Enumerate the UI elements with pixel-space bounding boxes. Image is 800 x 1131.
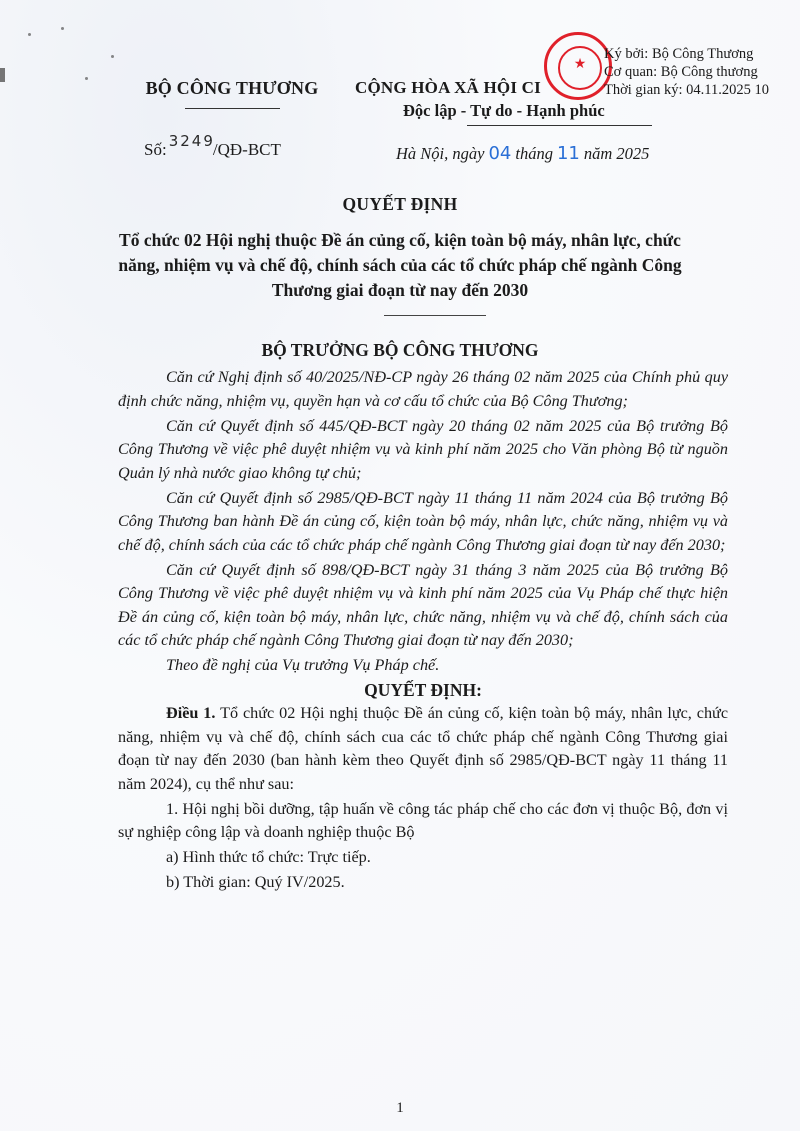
doc-number-prefix: Số: (144, 140, 167, 159)
divider (185, 108, 280, 109)
document-number: Số:3249/QĐ-BCT (144, 140, 281, 160)
month-handwritten: 11 (557, 143, 580, 164)
preamble-clause: Căn cứ Nghị định số 40/2025/NĐ-CP ngày 2… (118, 366, 728, 413)
scan-speck (111, 55, 114, 58)
national-motto: Độc lập - Tự do - Hạnh phúc (403, 101, 725, 121)
article-1-label: Điều 1. (166, 704, 215, 722)
doc-number-handwritten: 3249 (169, 132, 215, 150)
issuing-authority: BỘ TRƯỞNG BỘ CÔNG THƯƠNG (0, 340, 800, 361)
divider (467, 125, 652, 126)
preamble-clause: Căn cứ Quyết định số 898/QĐ-BCT ngày 31 … (118, 559, 728, 653)
star-icon: ★ (560, 57, 600, 71)
document-body: Căn cứ Nghị định số 40/2025/NĐ-CP ngày 2… (118, 366, 728, 896)
place-date-prefix: Hà Nội, ngày (396, 144, 484, 163)
digital-signature-info: Ký bởi: Bộ Công Thương Cơ quan: Bộ Công … (604, 45, 769, 99)
issuing-agency: BỘ CÔNG THƯƠNG (132, 78, 332, 99)
preamble-clause: Căn cứ Quyết định số 2985/QĐ-BCT ngày 11… (118, 487, 728, 558)
article-1-item-1: 1. Hội nghị bồi dưỡng, tập huấn về công … (118, 798, 728, 845)
official-seal-icon: ★ (544, 32, 612, 100)
article-1-item-1-b: b) Thời gian: Quý IV/2025. (118, 871, 728, 895)
article-1: Điều 1. Tổ chức 02 Hội nghị thuộc Đề án … (118, 702, 728, 796)
seal-emblem: ★ (558, 46, 602, 90)
preamble-clause: Theo đề nghị của Vụ trưởng Vụ Pháp chế. (118, 654, 728, 678)
page-number: 1 (0, 1100, 800, 1117)
month-label: tháng (515, 144, 553, 163)
signing-time: Thời gian ký: 04.11.2025 10 (604, 81, 769, 99)
document-type-title: QUYẾT ĐỊNH (0, 194, 800, 215)
signing-organization: Cơ quan: Bộ Công thương (604, 63, 769, 81)
scan-speck (61, 27, 64, 30)
article-1-item-1-a: a) Hình thức tổ chức: Trực tiếp. (118, 846, 728, 870)
issuing-agency-block: BỘ CÔNG THƯƠNG (132, 78, 332, 109)
divider (384, 315, 486, 316)
signed-by: Ký bởi: Bộ Công Thương (604, 45, 769, 63)
decision-heading: QUYẾT ĐỊNH: (118, 679, 728, 702)
preamble-clause: Căn cứ Quyết định số 445/QĐ-BCT ngày 20 … (118, 415, 728, 486)
document-page: BỘ CÔNG THƯƠNG Số:3249/QĐ-BCT CỘNG HÒA X… (0, 0, 800, 1131)
scan-speck (28, 33, 31, 36)
doc-number-suffix: /QĐ-BCT (213, 140, 281, 159)
place-and-date: Hà Nội, ngày04tháng11năm 2025 (396, 143, 649, 164)
year-text: năm 2025 (584, 144, 650, 163)
document-subject: Tổ chức 02 Hội nghị thuộc Đề án củng cố,… (100, 228, 700, 303)
scan-speck (85, 77, 88, 80)
scan-edge-mark (0, 68, 5, 82)
day-handwritten: 04 (488, 143, 511, 164)
